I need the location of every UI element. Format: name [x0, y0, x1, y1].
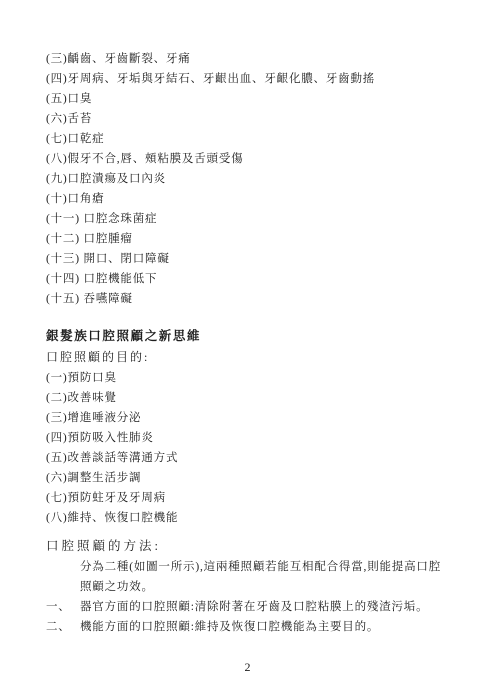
list-item: (十三) 開口、閉口障礙 [46, 249, 467, 269]
document-page: (三)齲齒、牙齒斷裂、牙痛 (四)牙周病、牙垢與牙結石、牙齦出血、牙齦化膿、牙齒… [0, 0, 495, 700]
item-text: 機能方面的口腔照顧:維持及恢復口腔機能為主要目的。 [80, 617, 379, 637]
list-item: (七)口乾症 [46, 129, 467, 149]
list-item: (五)口臭 [46, 89, 467, 109]
paragraph-line: 分為二種(如圖一所示),這兩種照顧若能互相配合得當,則能提高口腔 [80, 557, 467, 577]
list-item: (十一) 口腔念珠菌症 [46, 209, 467, 229]
numbered-item: 一、 器官方面的口腔照顧:清除附著在牙齒及口腔粘膜上的殘渣污垢。 [46, 597, 467, 617]
list-item: (三)齲齒、牙齒斷裂、牙痛 [46, 49, 467, 69]
item-number: 二、 [46, 617, 80, 637]
method-label: 口腔照顧的方法: [46, 535, 467, 557]
list-item: (八)維持、恢復口腔機能 [46, 508, 467, 528]
list-item: (三)增進唾液分泌 [46, 408, 467, 428]
list-item: (七)預防蛀牙及牙周病 [46, 488, 467, 508]
list-item: (四)預防吸入性肺炎 [46, 428, 467, 448]
list-item: (十四) 口腔機能低下 [46, 269, 467, 289]
list-item: (二)改善味覺 [46, 388, 467, 408]
list-item: (九)口腔潰瘍及口內炎 [46, 169, 467, 189]
page-number: 2 [0, 660, 495, 674]
list-item: (六)舌苔 [46, 109, 467, 129]
paragraph-line: 照顧之功效。 [80, 577, 467, 597]
section-heading: 銀髮族口腔照顧之新思維 [46, 326, 467, 347]
list-item: (十)口角瘡 [46, 189, 467, 209]
purpose-label: 口腔照顧的目的: [46, 347, 467, 368]
list-item: (四)牙周病、牙垢與牙結石、牙齦出血、牙齦化膿、牙齒動搖 [46, 69, 467, 89]
numbered-item: 二、 機能方面的口腔照顧:維持及恢復口腔機能為主要目的。 [46, 617, 467, 637]
list-item: (五)改善談話等溝通方式 [46, 448, 467, 468]
page-content: (三)齲齒、牙齒斷裂、牙痛 (四)牙周病、牙垢與牙結石、牙齦出血、牙齦化膿、牙齒… [46, 49, 467, 637]
list-item: (六)調整生活步調 [46, 468, 467, 488]
list-item: (十二) 口腔腫瘤 [46, 229, 467, 249]
item-text: 器官方面的口腔照顧:清除附著在牙齒及口腔粘膜上的殘渣污垢。 [80, 597, 428, 617]
list-item: (一)預防口臭 [46, 368, 467, 388]
list-item: (十五) 吞嚥障礙 [46, 289, 467, 309]
list-item: (八)假牙不合,唇、頰粘膜及舌頭受傷 [46, 149, 467, 169]
item-number: 一、 [46, 597, 80, 617]
